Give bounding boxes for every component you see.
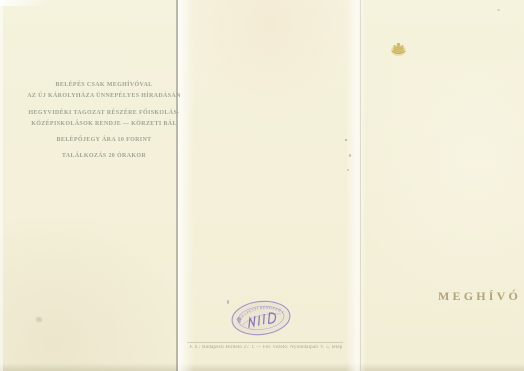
scan-left-edge (0, 0, 3, 371)
fold-line-right (360, 0, 361, 371)
scan-top-left-edge (0, 0, 70, 6)
scanned-invitation-card: BELÉPÉS CSAK MEGHÍVÓVAL AZ ÚJ KÁROLYHÁZA… (0, 0, 524, 371)
paper-shade-right (360, 60, 524, 310)
fold-highlight-right (346, 0, 366, 371)
printer-imprint-line: F. k.: Budapesti Hirdető 27. t. — Fel. v… (178, 345, 354, 351)
paper-shade-left (0, 220, 180, 371)
invitation-line: BELÉPŐJEGY ÁRA 10 FORINT (18, 135, 190, 146)
imprint-rule (187, 342, 343, 343)
invitation-line: TALÁLKOZÁS 20 ÓRAKOR (18, 151, 190, 162)
card-title: MEGHÍVÓ (438, 289, 521, 304)
rubber-stamp-oval: BUDAPESTI RENDEZŐ IRODA (227, 296, 295, 340)
paper-smudge (36, 317, 42, 322)
invitation-line: KÖZÉPISKOLÁSOK RENDJE — KÖRZETI BÁL (18, 119, 190, 130)
invitation-line: AZ ÚJ KÁROLYHÁZA ÜNNEPÉLYES HÍRADÁSÁN (18, 91, 190, 102)
invitation-line: BELÉPÉS CSAK MEGHÍVÓVAL (18, 80, 190, 91)
invitation-line: HEGYVIDÉKI TAGOZAT RÉSZÉRE FŐISKOLÁS- (18, 108, 190, 119)
paper-speck (497, 9, 500, 11)
gold-crest-icon (390, 41, 407, 57)
paper-shade-middle (180, 0, 360, 120)
fold-highlight-left (178, 0, 194, 371)
scan-bottom-edge-shadow (0, 363, 524, 371)
invitation-details-block: BELÉPÉS CSAK MEGHÍVÓVAL AZ ÚJ KÁROLYHÁZA… (18, 80, 190, 162)
